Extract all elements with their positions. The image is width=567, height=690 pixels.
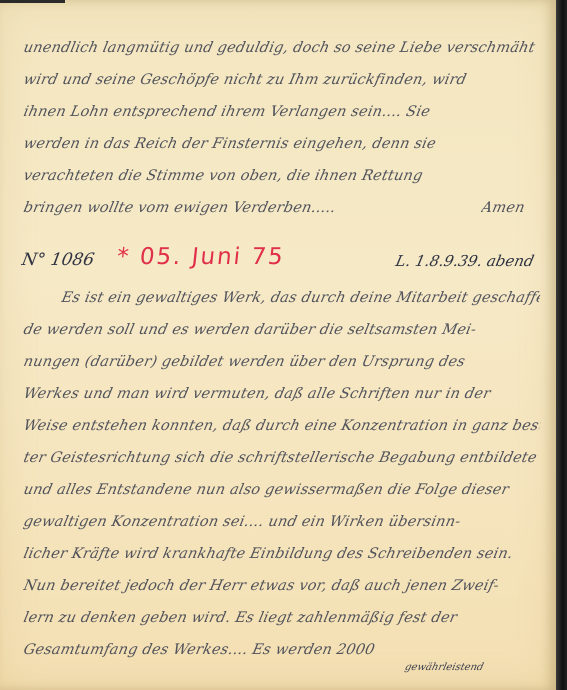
text-line: Gesamtumfang des Werkes.... Es werden 20… <box>22 642 379 658</box>
text-line: und alles Entstandene nun also gewisserm… <box>22 482 541 498</box>
text-line: Nun bereitet jedoch der Herr etwas vor, … <box>22 578 541 594</box>
text-line: verachteten die Stimme von oben, die ihn… <box>22 168 541 184</box>
text-line: de werden soll und es werden darüber die… <box>22 322 541 338</box>
text-line: werden in das Reich der Finsternis einge… <box>22 136 541 152</box>
entry-number: N° 1086 <box>20 250 96 270</box>
text-line: ter Geistesrichtung sich die schriftstel… <box>22 450 541 466</box>
text-line: lern zu denken geben wird. Es liegt zahl… <box>22 610 541 626</box>
text-line: wird und seine Geschöpfe nicht zu Ihm zu… <box>22 72 541 88</box>
text-line: Weise entstehen konnten, daß durch eine … <box>22 418 541 434</box>
text-line: unendlich langmütig und geduldig, doch s… <box>22 40 541 56</box>
scan-edge-shadow <box>0 0 65 3</box>
book-spine-edge <box>556 0 567 690</box>
entry-header: N° 1086 * 05. Juni 75 L. 1.8.9.39. abend <box>22 246 534 276</box>
red-date-annotation: * 05. Juni 75 <box>116 244 286 270</box>
text-line: gewaltigen Konzentration sei.... und ein… <box>22 514 541 530</box>
text-line: ihnen Lohn entsprechend ihrem Verlangen … <box>22 104 541 120</box>
text-line-amen: Amen <box>480 200 541 216</box>
entry-date: L. 1.8.9.39. abend <box>394 252 536 270</box>
text-line: Werkes und man wird vermuten, daß alle S… <box>22 386 541 402</box>
text-line: nungen (darüber) gebildet werden über de… <box>22 354 541 370</box>
manuscript-page: unendlich langmütig und geduldig, doch s… <box>0 0 556 690</box>
text-line: licher Kräfte wird krankhafte Einbildung… <box>22 546 541 562</box>
text-line: bringen wollte vom ewigen Verderben..... <box>22 200 489 216</box>
text-line: Es ist ein gewaltiges Werk, das durch de… <box>60 290 541 306</box>
interlinear-note: gewährleistend <box>404 662 485 673</box>
